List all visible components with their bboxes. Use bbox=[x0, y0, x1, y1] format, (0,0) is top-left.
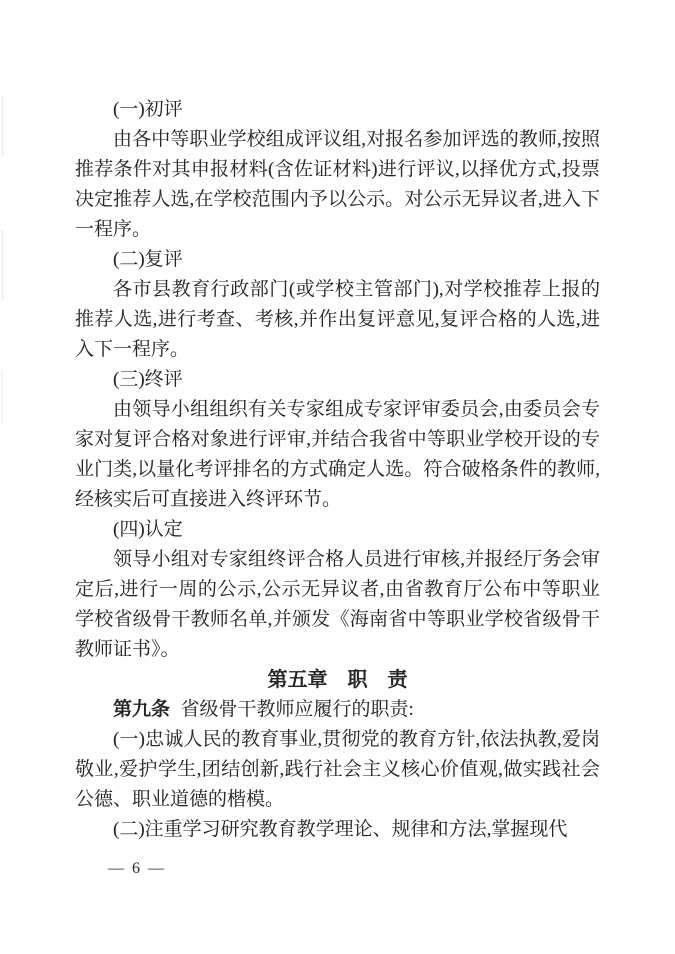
scan-artifact bbox=[1, 230, 4, 300]
article-paragraph: 第九条省级骨干教师应履行的职责: bbox=[75, 695, 600, 725]
scan-artifact bbox=[1, 96, 4, 156]
list-subheading: (四)认定 bbox=[75, 515, 600, 545]
paragraph: 领导小组对专家组终评合格人员进行审核,并报经厅务会审定后,进行一周的公示,公示无… bbox=[75, 545, 600, 665]
paragraph: 由各中等职业学校组成评议组,对报名参加评选的教师,按照推荐条件对其申报材料(含佐… bbox=[75, 125, 600, 245]
list-subheading: (一)初评 bbox=[75, 95, 600, 125]
list-subheading: (二)复评 bbox=[75, 245, 600, 275]
document-page: (一)初评由各中等职业学校组成评议组,对报名参加评选的教师,按照推荐条件对其申报… bbox=[0, 0, 675, 954]
article-text: 省级骨干教师应履行的职责: bbox=[180, 699, 413, 720]
paragraph: 各市县教育行政部门(或学校主管部门),对学校推荐上报的推荐人选,进行考查、考核,… bbox=[75, 275, 600, 365]
list-subheading: (三)终评 bbox=[75, 365, 600, 395]
scan-artifact bbox=[1, 370, 3, 425]
paragraph: (一)忠诚人民的教育事业,贯彻党的教育方针,依法执教,爱岗敬业,爱护学生,团结创… bbox=[75, 725, 600, 815]
page-number: — 6 — bbox=[108, 859, 166, 879]
document-body: (一)初评由各中等职业学校组成评议组,对报名参加评选的教师,按照推荐条件对其申报… bbox=[75, 95, 600, 845]
article-number: 第九条 bbox=[113, 699, 170, 720]
paragraph: (二)注重学习研究教育教学理论、规律和方法,掌握现代 bbox=[75, 815, 600, 845]
paragraph: 由领导小组组织有关专家组成专家评审委员会,由委员会专家对复评合格对象进行评审,并… bbox=[75, 395, 600, 515]
chapter-heading: 第五章 职 责 bbox=[75, 665, 600, 695]
